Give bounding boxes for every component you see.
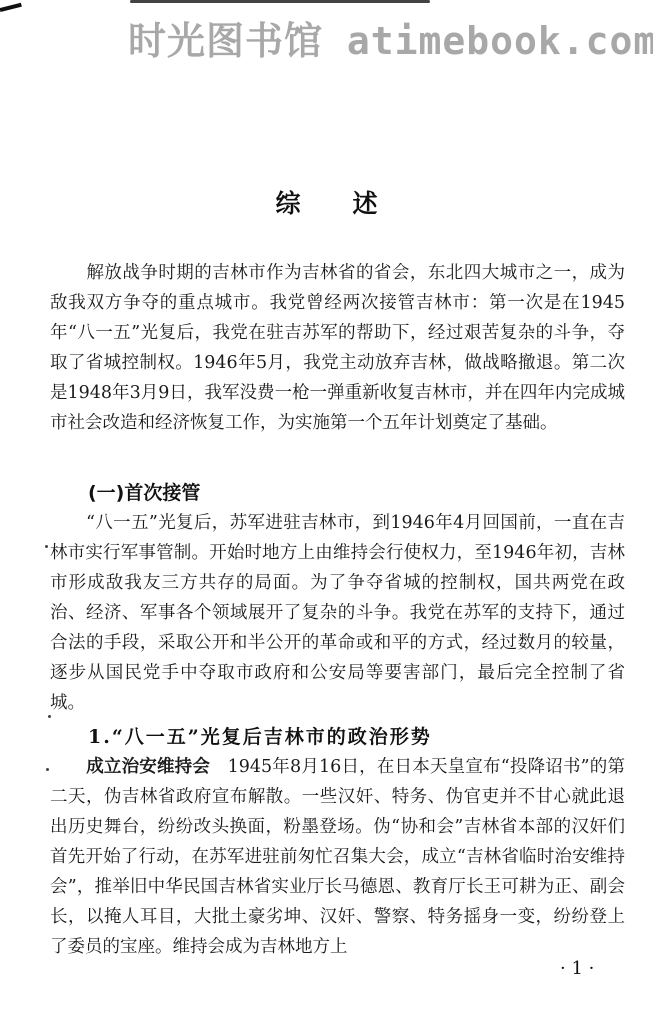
scan-speck bbox=[48, 715, 51, 718]
run-in-title: 成立治安维持会 bbox=[86, 757, 210, 777]
run-in-gap bbox=[210, 757, 228, 777]
intro-paragraph-text: 解放战争时期的吉林市作为吉林省的省会，东北四大城市之一，成为敌我双方争夺的重点城… bbox=[50, 263, 625, 433]
subsection-paragraph: 成立治安维持会 1945年8月16日，在日本天皇宣布“投降诏书”的第二天，伪吉林… bbox=[50, 752, 625, 962]
section-paragraph: “八一五”光复后，苏军进驻吉林市，到1946年4月回国前，一直在吉林市实行军事管… bbox=[50, 508, 625, 718]
intro-paragraph: 解放战争时期的吉林市作为吉林省的省会，东北四大城市之一，成为敌我双方争夺的重点城… bbox=[50, 258, 625, 438]
scan-speck bbox=[45, 545, 48, 548]
page-number: · 1 · bbox=[560, 958, 594, 979]
scan-edge-mark bbox=[130, 0, 430, 3]
section-paragraph-text: “八一五”光复后，苏军进驻吉林市，到1946年4月回国前，一直在吉林市实行军事管… bbox=[50, 513, 625, 713]
subsection-paragraph-text: 1945年8月16日，在日本天皇宣布“投降诏书”的第二天，伪吉林省政府宣布解散。… bbox=[50, 757, 625, 957]
page-title: 综述 bbox=[0, 184, 653, 220]
subsection-heading: 1.“八一五”光复后吉林市的政治形势 bbox=[88, 722, 432, 749]
scan-corner-mark bbox=[0, 3, 22, 12]
watermark: 时光图书馆 atimebook.com bbox=[128, 10, 653, 65]
scan-speck bbox=[46, 768, 49, 771]
section-heading: (一)首次接管 bbox=[88, 478, 200, 505]
